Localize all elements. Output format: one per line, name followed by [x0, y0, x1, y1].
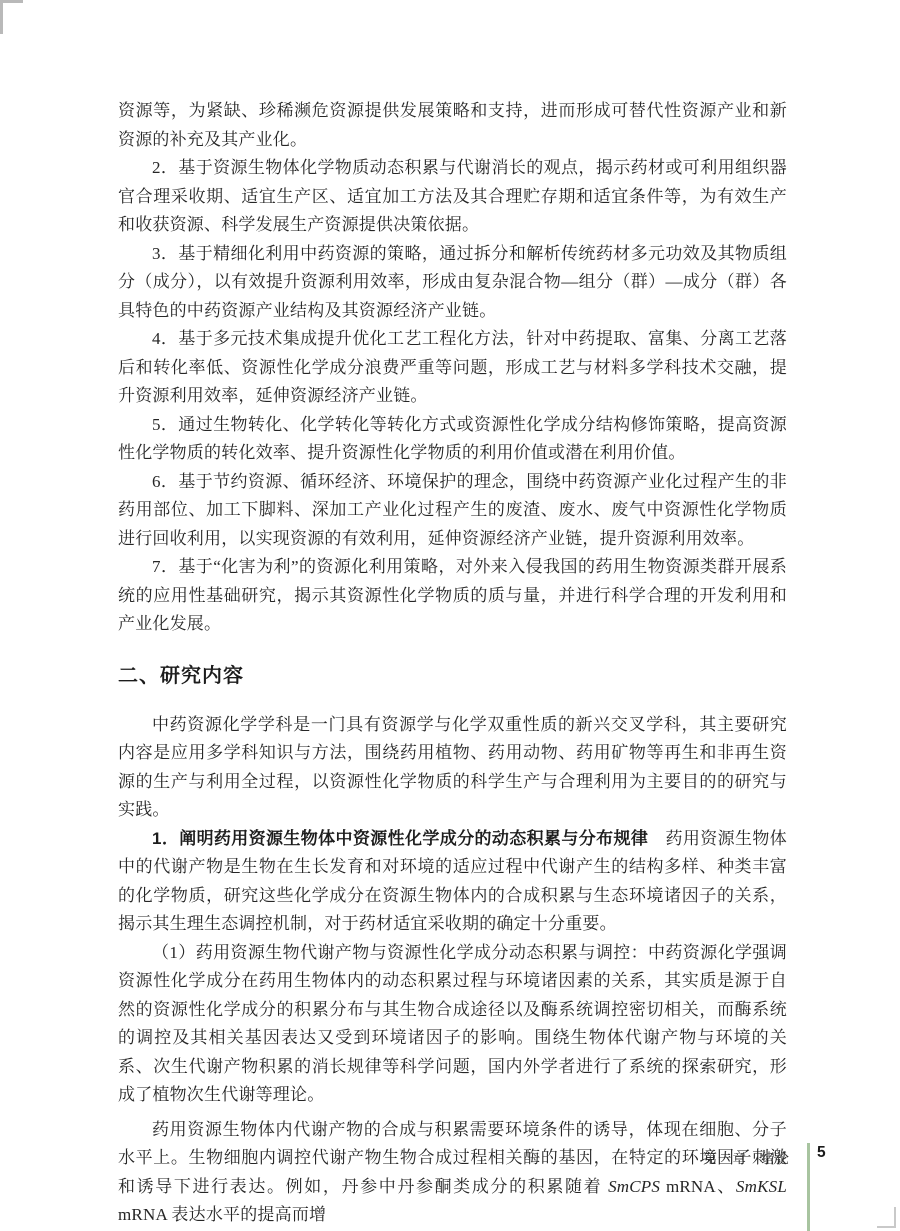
crop-mark-top-left-icon [0, 0, 23, 34]
footer-page-number: 5 [817, 1144, 826, 1162]
item-1-bold-lead: 1．阐明药用资源生物体中资源性化学成分的动态积累与分布规律 [152, 829, 648, 848]
paragraph-item-7: 7．基于“化害为利”的资源化利用策略，对外来入侵我国的药用生物资源类群开展系统的… [118, 553, 787, 639]
paragraph-item-1: 1．阐明药用资源生物体中资源性化学成分的动态积累与分布规律 药用资源生物体中的代… [118, 825, 787, 939]
paragraph-item-4: 4．基于多元技术集成提升优化工艺工程化方法，针对中药提取、富集、分离工艺落后和转… [118, 325, 787, 411]
page-footer: 第一章绪论 5 [0, 1143, 900, 1231]
paragraph-section-intro: 中药资源化学学科是一门具有资源学与化学双重性质的新兴交叉学科，其主要研究内容是应… [118, 711, 787, 825]
paragraph-item-5: 5．通过生物转化、化学转化等转化方式或资源性化学成分结构修饰策略，提高资源性化学… [118, 411, 787, 468]
footer-chapter-label: 第一章 [704, 1151, 748, 1166]
paragraph-item-2: 2．基于资源生物体化学物质动态积累与代谢消长的观点，揭示药材或可利用组织器官合理… [118, 154, 787, 240]
section-heading: 二、研究内容 [118, 663, 787, 689]
footer-section-label: 绪论 [761, 1151, 790, 1166]
book-page: 资源等，为紧缺、珍稀濒危资源提供发展策略和支持，进而形成可替代性资源产业和新资源… [0, 0, 900, 1231]
paragraph-continuation: 资源等，为紧缺、珍稀濒危资源提供发展策略和支持，进而形成可替代性资源产业和新资源… [118, 97, 787, 154]
page-content: 资源等，为紧缺、珍稀濒危资源提供发展策略和支持，进而形成可替代性资源产业和新资源… [118, 97, 787, 1230]
footer-running-title: 第一章绪论 [704, 1147, 791, 1167]
paragraph-item-3: 3．基于精细化利用中药资源的策略，通过拆分和解析传统药材多元功效及其物质组分（成… [118, 240, 787, 326]
footer-accent-rule [807, 1143, 810, 1231]
paragraph-sub-1: （1）药用资源生物代谢产物与资源性化学成分动态积累与调控：中药资源化学强调资源性… [118, 939, 787, 1110]
paragraph-item-6: 6．基于节约资源、循环经济、环境保护的理念，围绕中药资源产业化过程产生的非药用部… [118, 468, 787, 554]
